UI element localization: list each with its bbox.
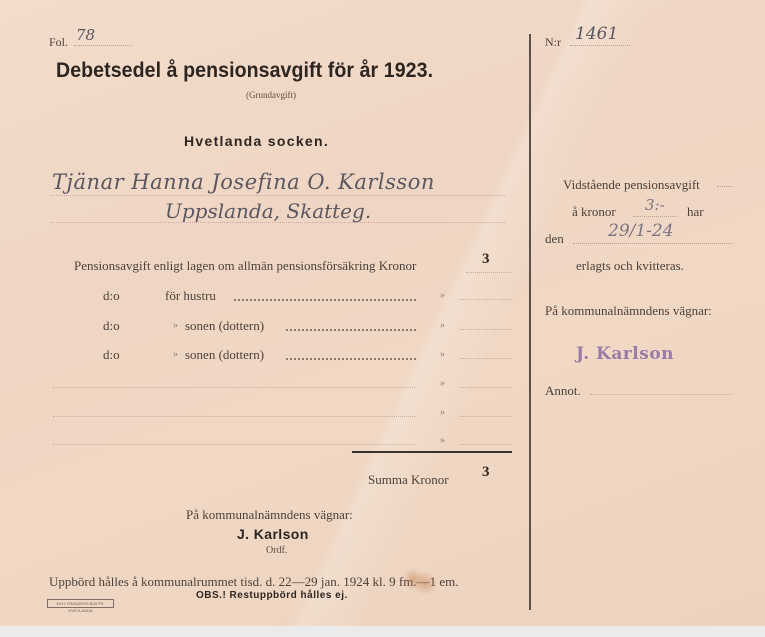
amount-line [460, 416, 512, 417]
amount-line [460, 329, 512, 330]
folio-value: 78 [76, 26, 95, 44]
payer-address: Uppslanda, Skatteg. [165, 199, 371, 223]
total-amount: 3 [482, 464, 490, 481]
receipt-number-value: 1461 [575, 24, 618, 44]
fee-row-label: d:o [103, 318, 120, 334]
fee-row-marker: » [440, 435, 445, 446]
fee-row-leader [286, 329, 416, 331]
total-label: Summa Kronor [368, 472, 449, 488]
receipt-amount-line [633, 216, 677, 217]
folio-label: Fol. [49, 35, 68, 50]
receipt-amount-value: 3:- [645, 196, 665, 214]
receipt-number-line [570, 45, 630, 46]
amount-line [460, 444, 512, 445]
fee-row-marker: » [440, 349, 445, 360]
receipt-amount-prefix: å kronor [572, 204, 616, 220]
parish-name: Hvetlanda socken. [184, 133, 329, 149]
amount-line [460, 387, 512, 388]
receipt-annot-label: Annot. [545, 383, 581, 399]
amount-line [466, 272, 512, 273]
receipt-line-1: Vidstående pensionsavgift [563, 177, 700, 193]
receipt-date-prefix: den [545, 231, 564, 247]
fee-row-desc: för hustru [165, 288, 216, 304]
amount-line [460, 299, 512, 300]
receipt-amount-suffix: har [687, 204, 704, 220]
signatory-title: Ordf. [266, 545, 287, 556]
receipt-number-label: N:r [545, 35, 561, 50]
perforation-divider [529, 34, 531, 610]
fee-row-marker: » [440, 320, 445, 331]
fee-row-marker: » [440, 290, 445, 301]
obs-note: OBS.! Restuppbörd hålles ej. [196, 590, 348, 601]
printer-mark: EKH. FRANZÉNS BOKTR. HVETLANDA [47, 599, 114, 608]
page-title: Debetsedel å pensionsavgift för år 1923. [56, 59, 433, 83]
blank-row-line [53, 416, 415, 417]
folio-line [74, 45, 132, 46]
receipt-line-4: erlagts och kvitteras. [576, 258, 684, 274]
collection-note: Uppbörd hålles å kommunalrummet tisd. d.… [49, 574, 458, 590]
paper-stain [413, 570, 437, 596]
pension-fee-debit-note: Fol. 78 Debetsedel å pensionsavgift för … [0, 0, 765, 626]
subtitle: (Grundavgift) [246, 90, 296, 100]
fee-row-label: d:o [103, 347, 120, 363]
blank-row-line [53, 387, 415, 388]
receipt-authority-label: På kommunalnämndens vägnar: [545, 303, 712, 319]
fee-row-desc: sonen (dottern) [185, 347, 264, 363]
fee-row-prefix: » [173, 320, 178, 331]
payer-name: Tjänar Hanna Josefina O. Karlsson [52, 170, 435, 194]
receipt-signature-stamp: J. Karlson [576, 344, 674, 364]
authority-label: På kommunalnämndens vägnar: [186, 507, 353, 523]
blank-row-line [53, 444, 415, 445]
fee-row-leader [234, 299, 416, 301]
receipt-date-value: 29/1-24 [608, 221, 674, 241]
fee-row-desc: sonen (dottern) [185, 318, 264, 334]
fee-row-leader [286, 358, 416, 360]
receipt-annot-line [590, 394, 732, 395]
payer-line-1 [50, 195, 505, 196]
fee-row-marker: » [440, 378, 445, 389]
total-rule [352, 451, 512, 453]
fee-row-label: d:o [103, 288, 120, 304]
signatory-name: J. Karlson [237, 526, 309, 542]
receipt-date-line [573, 243, 733, 244]
fee-row-main-label: Pensionsavgift enligt lagen om allmän pe… [74, 258, 416, 274]
fee-row-prefix: » [173, 349, 178, 360]
fee-row-marker: » [440, 407, 445, 418]
receipt-line-1-dots [717, 186, 733, 187]
amount-line [460, 358, 512, 359]
fee-row-main-amount: 3 [482, 251, 490, 268]
